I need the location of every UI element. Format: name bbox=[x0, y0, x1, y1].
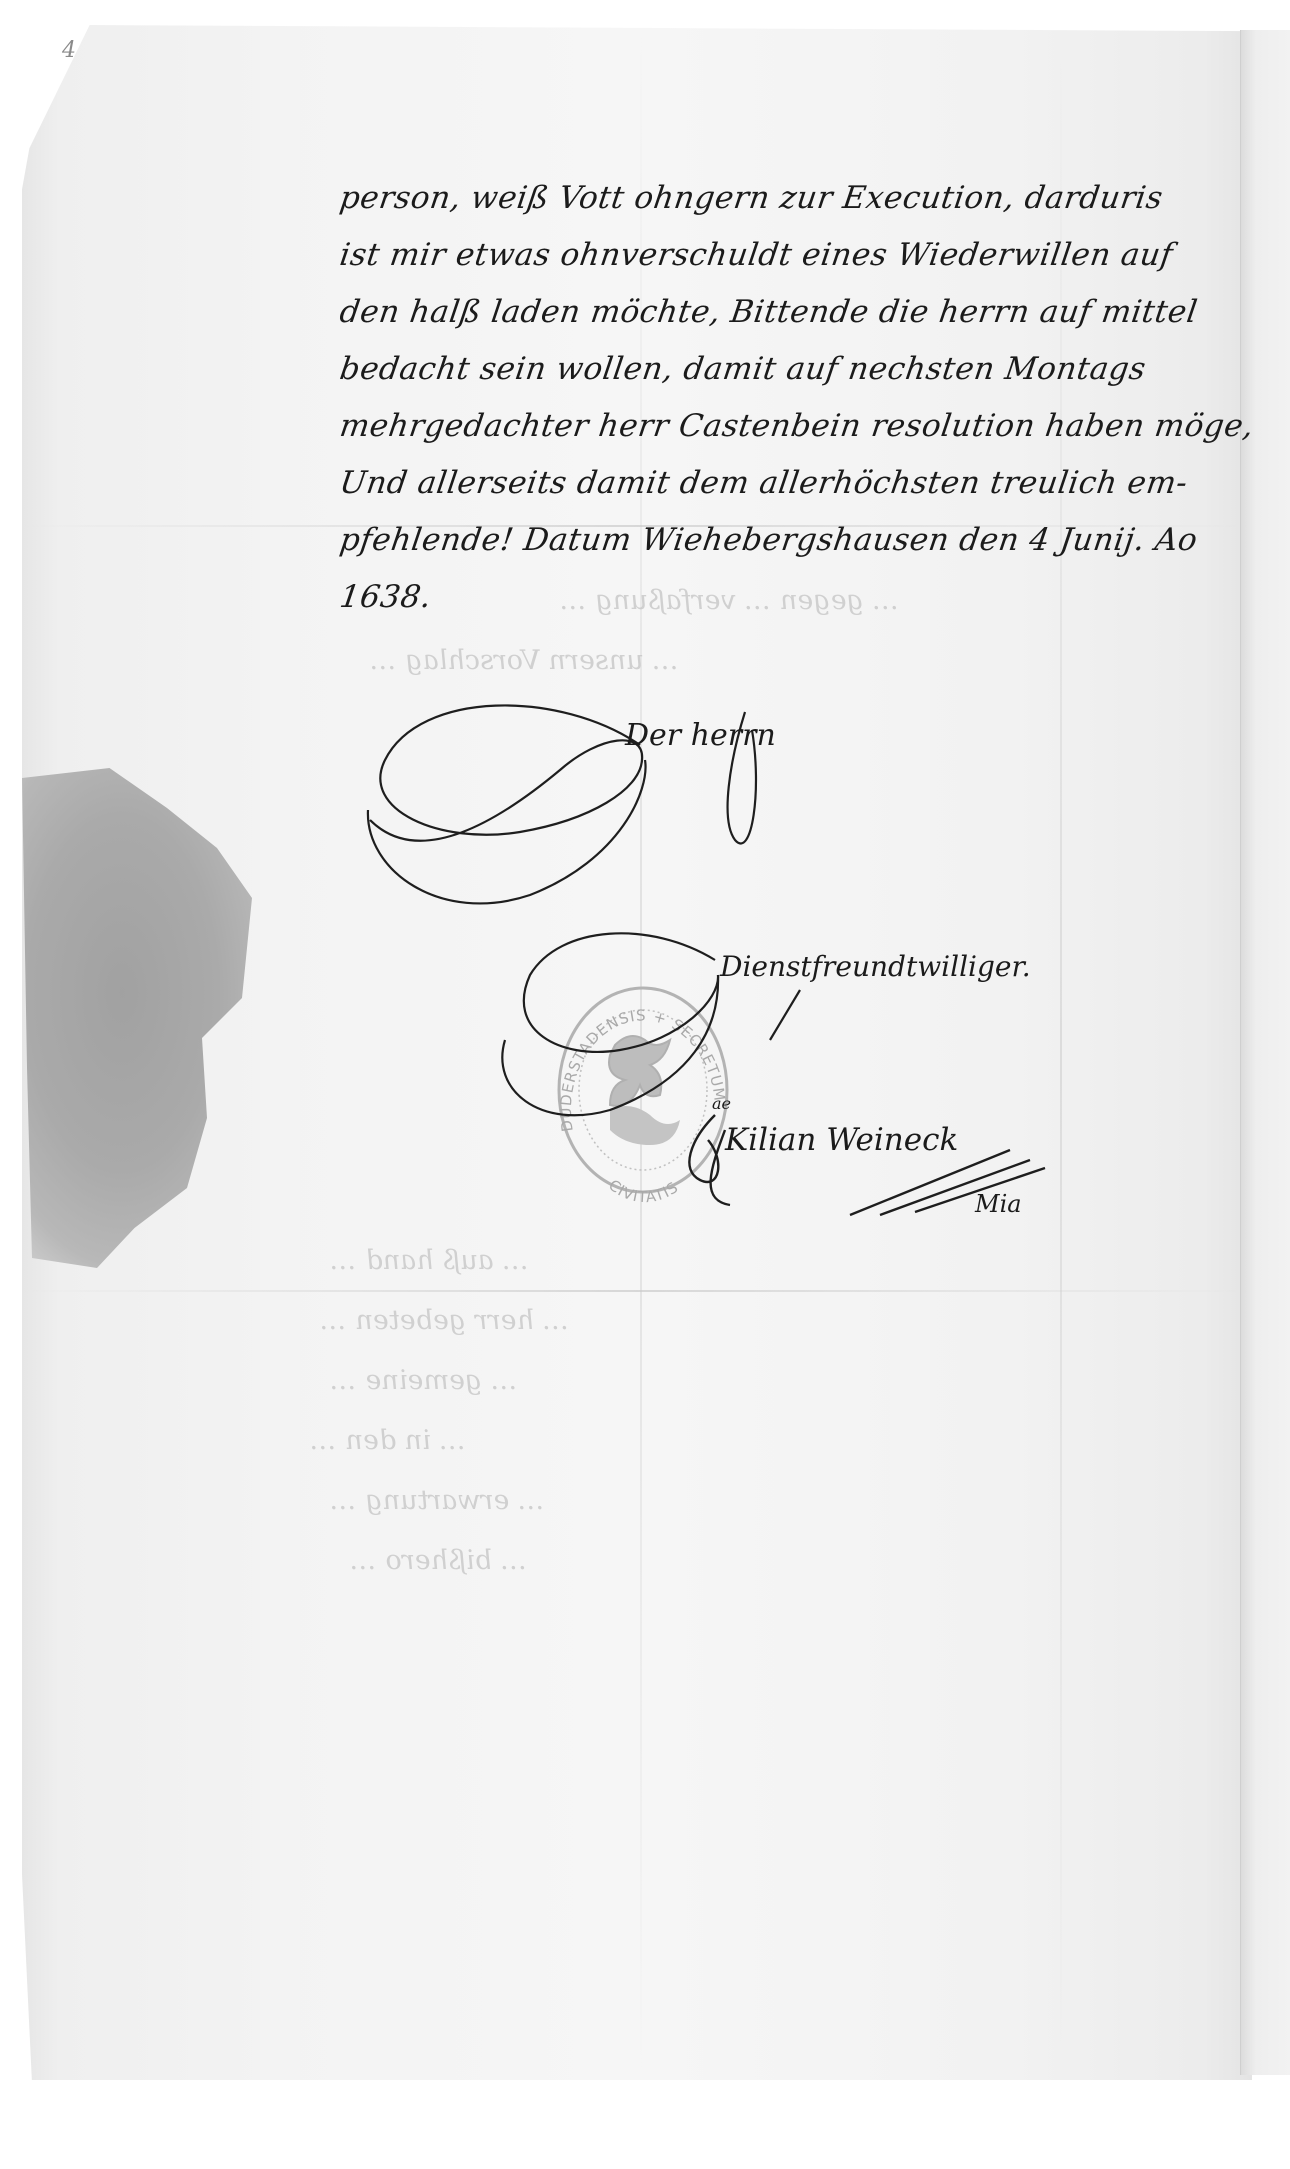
letter-line: 1638. bbox=[336, 569, 1244, 626]
letter-line: ist mir etwas ohnverschuldt eines Wieder… bbox=[336, 227, 1244, 284]
letter-line: Und allerseits damit dem allerhöchsten t… bbox=[336, 455, 1244, 512]
bleed-through-line: … gemeine … bbox=[328, 1365, 519, 1396]
fold-line-horizontal bbox=[22, 1290, 1252, 1292]
signature-suffix: Mia bbox=[975, 1190, 1022, 1218]
signature-name: Kilian Weineck bbox=[725, 1122, 958, 1158]
bleed-through-line: … erwartung … bbox=[328, 1485, 546, 1516]
adjacent-page-edge bbox=[1240, 30, 1290, 2075]
letter-line: den halß laden möchte, Bittende die herr… bbox=[336, 284, 1244, 341]
bleed-through-line: … bißhero … bbox=[348, 1545, 529, 1576]
bleed-through-line: … herr gebeten … bbox=[318, 1305, 571, 1336]
bleed-through-line: … unsern Vorschlag … bbox=[368, 645, 680, 676]
bleed-through-line: … auß hand … bbox=[328, 1245, 531, 1276]
servant-formula: Dienstfreundtwilliger. bbox=[720, 950, 1031, 983]
bleed-through-line: … in den … bbox=[308, 1425, 468, 1456]
letter-line: person, weiß Vott ohngern zur Execution,… bbox=[336, 170, 1244, 227]
salutation-text: Der herrn bbox=[625, 718, 776, 753]
page-number-marker: 4 bbox=[62, 38, 76, 63]
letter-line: mehrgedachter herr Castenbein resolution… bbox=[336, 398, 1244, 455]
letter-body: person, weiß Vott ohngern zur Execution,… bbox=[340, 170, 1240, 626]
letter-line: pfehlende! Datum Wiehebergshausen den 4 … bbox=[336, 512, 1244, 569]
signature-prefix: ae bbox=[712, 1094, 731, 1113]
letter-line: bedacht sein wollen, damit auf nechsten … bbox=[336, 341, 1244, 398]
